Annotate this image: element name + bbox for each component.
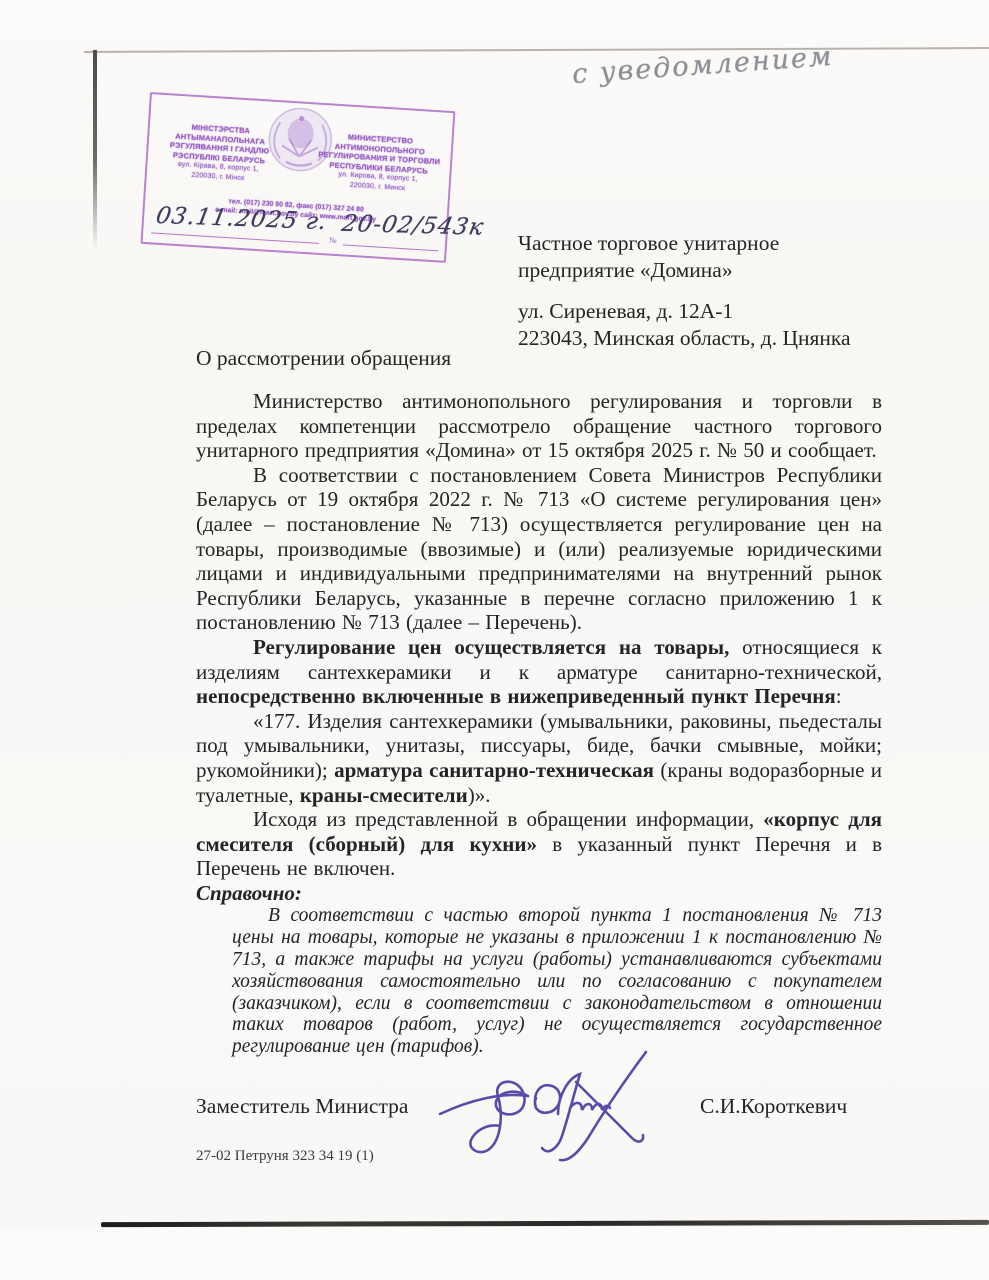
reference-label: Справочно: — [196, 881, 882, 906]
paragraph-item-177: «177. Изделия сантехкерамики (умывальник… — [196, 709, 882, 807]
letter-subject: О рассмотрении обращения — [196, 346, 451, 371]
signature-ink — [436, 1048, 666, 1178]
paragraph-decree-713: В соответствии с постановлением Совета М… — [196, 463, 882, 635]
stamp-number-sign: № — [329, 236, 337, 245]
handwritten-number: 20-02/543к — [339, 211, 486, 241]
recipient-organization: Частное торговое унитарноепредприятие «Д… — [518, 230, 851, 284]
executor-code: 27-02 Петруня 323 34 19 (1) — [196, 1148, 374, 1165]
scanned-letter-page: с уведомлением МІНІСТЭРСТВААНТЫМАНАПОЛЬН… — [0, 0, 989, 1280]
scan-edge-top — [84, 47, 989, 53]
scan-edge-left — [93, 50, 97, 250]
ministry-stamp: МІНІСТЭРСТВААНТЫМАНАПОЛЬНАГАРЭГУЛЯВАННЯ … — [140, 92, 455, 263]
signer-name: С.И.Короткевич — [700, 1094, 847, 1119]
stamp-number-underline — [343, 244, 439, 251]
stamp-date-underline — [151, 232, 319, 244]
recipient-block: Частное торговое унитарноепредприятие «Д… — [518, 230, 851, 352]
recipient-address: ул. Сиреневая, д. 12А-1223043, Минская о… — [518, 298, 851, 352]
paragraph-regulation-scope: Регулирование цен осуществляется на това… — [196, 635, 882, 709]
handwritten-date: 03.11.2025 г. — [154, 203, 329, 235]
stamp-org-name-russian: МИНИСТЕРСТВОАНТИМОНОПОЛЬНОГОРЕГУЛИРОВАНИ… — [308, 130, 449, 196]
paragraph-intro: Министерство антимонопольного регулирова… — [196, 389, 882, 463]
paragraph-conclusion: Исходя из представленной в обращении инф… — [196, 807, 882, 881]
scan-background-bottom — [0, 1227, 989, 1280]
letter-body: Министерство антимонопольного регулирова… — [196, 389, 882, 1058]
reference-paragraph: В соответствии с частью второй пункта 1 … — [232, 905, 882, 1058]
signer-title: Заместитель Министра — [196, 1094, 408, 1119]
